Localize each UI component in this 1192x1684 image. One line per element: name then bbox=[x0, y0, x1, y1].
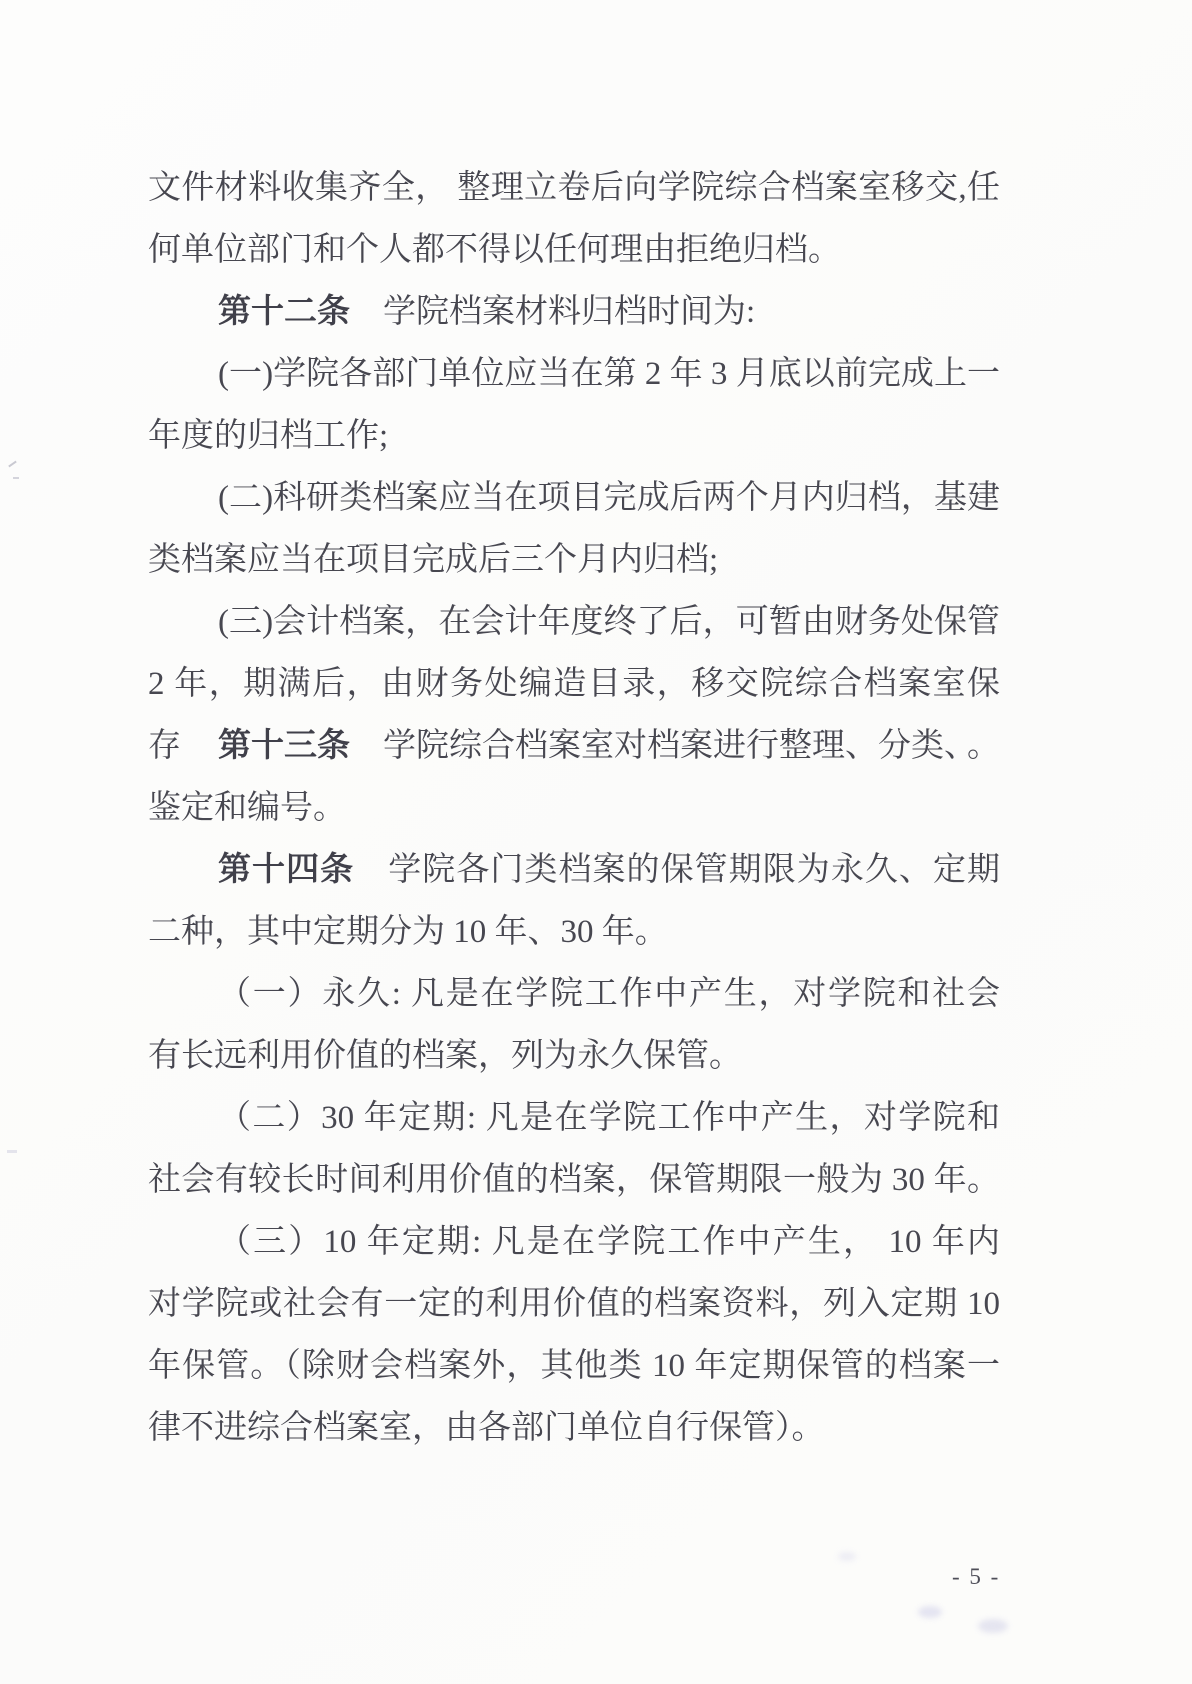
doc-line: 第十三条 学院综合档案室对档案进行整理、分类、 bbox=[148, 715, 1000, 777]
article-number: 第十四条 bbox=[218, 852, 354, 888]
scan-artifact bbox=[13, 477, 19, 479]
scanned-document-page: 文件材料收集齐全， 整理立卷后向学院综合档案室移交,任 何单位部门和个人都不得以… bbox=[0, 0, 1192, 1684]
doc-line: 2 年，期满后，由财务处编造目录，移交院综合档案室保存。 bbox=[148, 653, 1000, 715]
doc-line: 何单位部门和个人都不得以任何理由拒绝归档。 bbox=[148, 219, 1000, 281]
doc-line: 有长远利用价值的档案，列为永久保管。 bbox=[148, 1025, 1000, 1087]
doc-line: （一）永久: 凡是在学院工作中产生，对学院和社会 bbox=[148, 963, 1000, 1025]
doc-line: (一)学院各部门单位应当在第 2 年 3 月底以前完成上一 bbox=[148, 343, 1000, 405]
doc-line: 对学院或社会有一定的利用价值的档案资料，列入定期 10 bbox=[148, 1273, 1000, 1335]
doc-line: 年保管。（除财会档案外，其他类 10 年定期保管的档案一 bbox=[148, 1335, 1000, 1397]
doc-line: 鉴定和编号。 bbox=[148, 777, 1000, 839]
doc-line: 律不进综合档案室，由各部门单位自行保管）。 bbox=[148, 1397, 1000, 1459]
scan-artifact bbox=[7, 1150, 17, 1153]
scan-artifact bbox=[918, 1606, 942, 1618]
doc-line: （三）10 年定期: 凡是在学院工作中产生， 10 年内 bbox=[148, 1211, 1000, 1273]
scan-artifact bbox=[8, 461, 17, 468]
doc-line: 年度的归档工作; bbox=[148, 405, 1000, 467]
doc-line: 文件材料收集齐全， 整理立卷后向学院综合档案室移交,任 bbox=[148, 157, 1000, 219]
doc-line: (三)会计档案，在会计年度终了后，可暂由财务处保管 bbox=[148, 591, 1000, 653]
doc-line-text: 学院档案材料归档时间为: bbox=[350, 294, 755, 330]
article-number: 第十三条 bbox=[218, 728, 350, 764]
doc-line: 二种，其中定期分为 10 年、30 年。 bbox=[148, 901, 1000, 963]
doc-line: 第十四条 学院各门类档案的保管期限为永久、定期 bbox=[148, 839, 1000, 901]
document-body: 文件材料收集齐全， 整理立卷后向学院综合档案室移交,任 何单位部门和个人都不得以… bbox=[148, 157, 1000, 1459]
scan-artifact bbox=[838, 1552, 856, 1561]
doc-line-text: 学院各门类档案的保管期限为永久、定期 bbox=[354, 852, 1000, 888]
page-number: - 5 - bbox=[952, 1564, 1000, 1590]
doc-line: 第十二条 学院档案材料归档时间为: bbox=[148, 281, 1000, 343]
doc-line-text: 学院综合档案室对档案进行整理、分类、 bbox=[350, 728, 977, 764]
doc-line: 社会有较长时间利用价值的档案，保管期限一般为 30 年。 bbox=[148, 1149, 1000, 1211]
doc-line: （二）30 年定期: 凡是在学院工作中产生，对学院和 bbox=[148, 1087, 1000, 1149]
article-number: 第十二条 bbox=[218, 294, 350, 330]
doc-line: (二)科研类档案应当在项目完成后两个月内归档，基建 bbox=[148, 467, 1000, 529]
scan-artifact bbox=[978, 1619, 1008, 1633]
doc-line: 类档案应当在项目完成后三个月内归档; bbox=[148, 529, 1000, 591]
